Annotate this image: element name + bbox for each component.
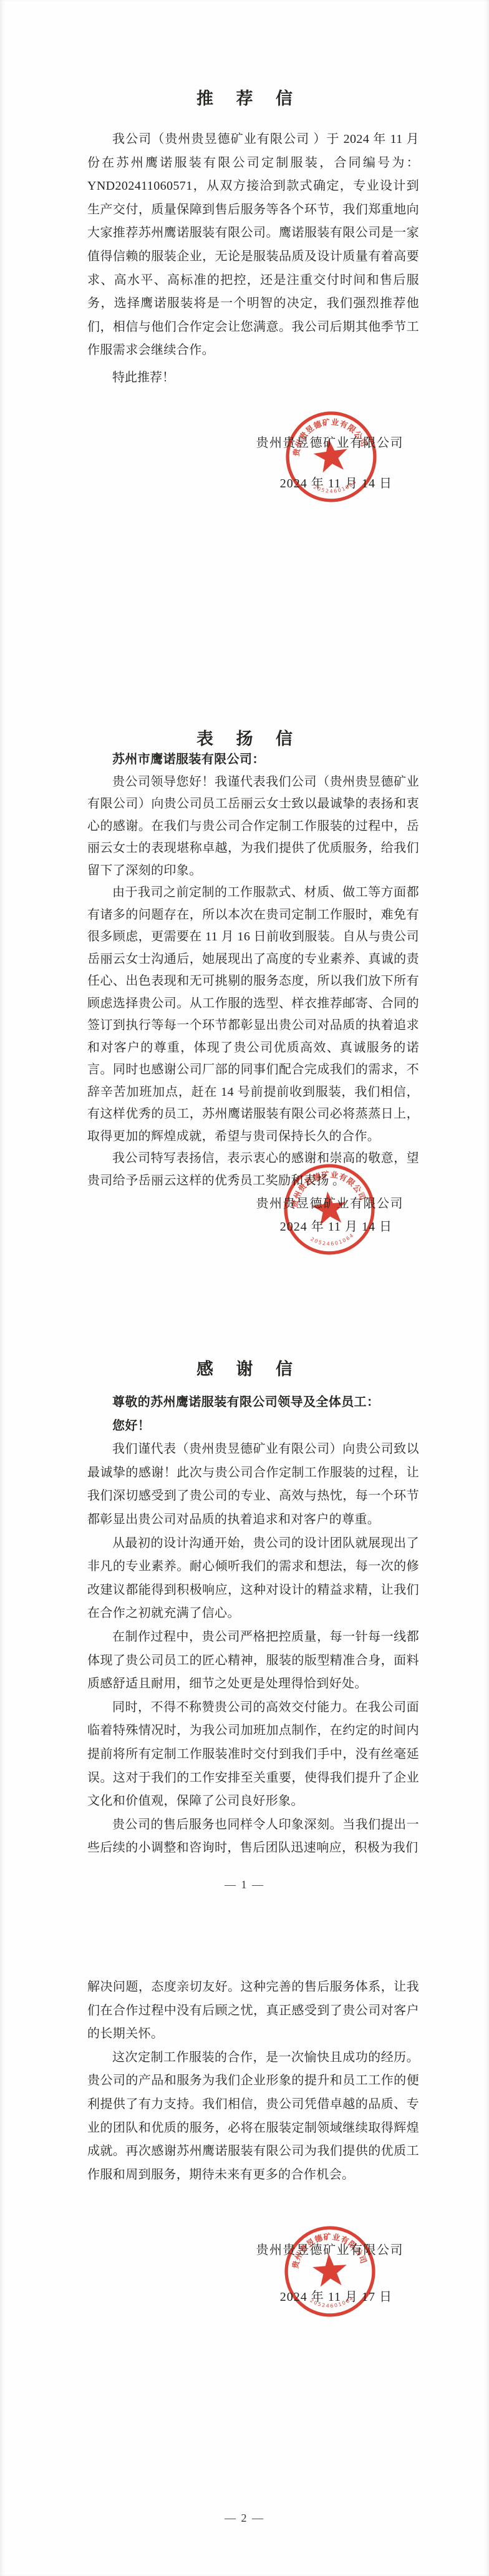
signature-date: 2024 年 11 月 14 日 — [280, 1216, 392, 1234]
letter-salutation: 苏州市鹰诺服装有限公司： — [87, 749, 419, 771]
letter-title-thankyou: 感 谢 信 — [0, 1355, 489, 1380]
page-2-commendation-letter: 表 扬 信 苏州市鹰诺服装有限公司： 贵公司领导您好！我谨代表我们公司（贵州贵昱… — [0, 644, 489, 1288]
body-paragraph: 在制作过程中，贵公司严格把控质量，每一针每一线都体现了贵公司员工的匠心精神，服装… — [87, 1626, 419, 1696]
body-paragraph: 贵公司的售后服务也同样令人印象深刻。当我们提出一些后续的小调整和咨询时，售后团队… — [87, 1813, 419, 1860]
body-paragraph: 同时，不得不称赞贵公司的高效交付能力。在我公司面临着特殊情况时，为我公司加班加点… — [87, 1696, 419, 1813]
page-number: — 1 — — [0, 1878, 489, 1891]
body-paragraph: 这次定制工作服装的合作，是一次愉快且成功的经历。贵公司的产品和服务为我们企业形象… — [87, 2046, 419, 2187]
company-signature: 贵州贵昱德矿业有限公司 — [256, 432, 404, 451]
letter-body-thankyou-page1: 尊敬的苏州鹰诺服装有限公司领导及全体员工： 您好！ 我们谨代表（贵州贵昱德矿业有… — [87, 1391, 419, 1860]
company-signature: 贵州贵昱德矿业有限公司 — [256, 1193, 404, 1211]
body-paragraph: 从最初的设计沟通开始，贵公司的设计团队就展现出了非凡的专业素养。耐心倾听我们的需… — [87, 1532, 419, 1626]
letter-closing: 特此推荐！ — [87, 367, 419, 385]
letter-body-commendation: 苏州市鹰诺服装有限公司： 贵公司领导您好！我谨代表我们公司（贵州贵昱德矿业有限公… — [87, 749, 419, 1192]
body-paragraph: 由于我司之前定制的工作服款式、材质、做工等方面都有诸多的问题存在，所以本次在贵司… — [87, 882, 419, 1148]
page-3-thankyou-letter-p1: 感 谢 信 尊敬的苏州鹰诺服装有限公司领导及全体员工： 您好！ 我们谨代表（贵州… — [0, 1288, 489, 1932]
letter-title-recommendation: 推 荐 信 — [0, 85, 489, 109]
page-4-thankyou-letter-p2: 解决问题，态度亲切友好。这种完善的售后服务体系，让我们在合作过程中没有后顾之忧，… — [0, 1932, 489, 2576]
body-paragraph: 我公司（贵州贵昱德矿业有限公司 ）于 2024 年 11 月份在苏州鹰诺服装有限… — [87, 128, 419, 363]
body-paragraph-continuation: 解决问题，态度亲切友好。这种完善的售后服务体系，让我们在合作过程中没有后顾之忧，… — [87, 1976, 419, 2046]
body-paragraph: 我们谨代表（贵州贵昱德矿业有限公司）向贵公司致以最诚挚的感谢！此次与贵公司合作定… — [87, 1438, 419, 1531]
letter-body-recommendation: 我公司（贵州贵昱德矿业有限公司 ）于 2024 年 11 月份在苏州鹰诺服装有限… — [87, 128, 419, 363]
seal-graphic: 贵州贵昱德矿业有限公司 5205246010646 — [277, 398, 385, 515]
company-signature: 贵州贵昱德矿业有限公司 — [256, 2240, 404, 2258]
company-seal-stamp: 贵州贵昱德矿业有限公司 5205246010646 — [277, 398, 385, 515]
letter-body-thankyou-page2: 解决问题，态度亲切友好。这种完善的售后服务体系，让我们在合作过程中没有后顾之忧，… — [87, 1976, 419, 2187]
page-number: — 2 — — [0, 2512, 489, 2525]
body-paragraph: 贵公司领导您好！我谨代表我们公司（贵州贵昱德矿业有限公司）向贵公司员工岳丽云女士… — [87, 771, 419, 882]
letter-salutation: 尊敬的苏州鹰诺服装有限公司领导及全体员工： — [87, 1391, 419, 1415]
seal-graphic: 贵州贵昱德矿业有限公司 5205246010646 — [279, 2216, 380, 2327]
letter-title-commendation: 表 扬 信 — [0, 725, 489, 749]
page-1-recommendation-letter: 推 荐 信 我公司（贵州贵昱德矿业有限公司 ）于 2024 年 11 月份在苏州… — [0, 0, 489, 644]
signature-date: 2024 年 11 月 17 日 — [280, 2286, 392, 2305]
letter-greeting: 您好！ — [87, 1415, 419, 1438]
signature-date: 2024 年 11 月 14 日 — [280, 473, 392, 491]
scanned-document: 推 荐 信 我公司（贵州贵昱德矿业有限公司 ）于 2024 年 11 月份在苏州… — [0, 0, 489, 2576]
company-seal-stamp: 贵州贵昱德矿业有限公司 5205246010646 — [279, 2216, 380, 2327]
